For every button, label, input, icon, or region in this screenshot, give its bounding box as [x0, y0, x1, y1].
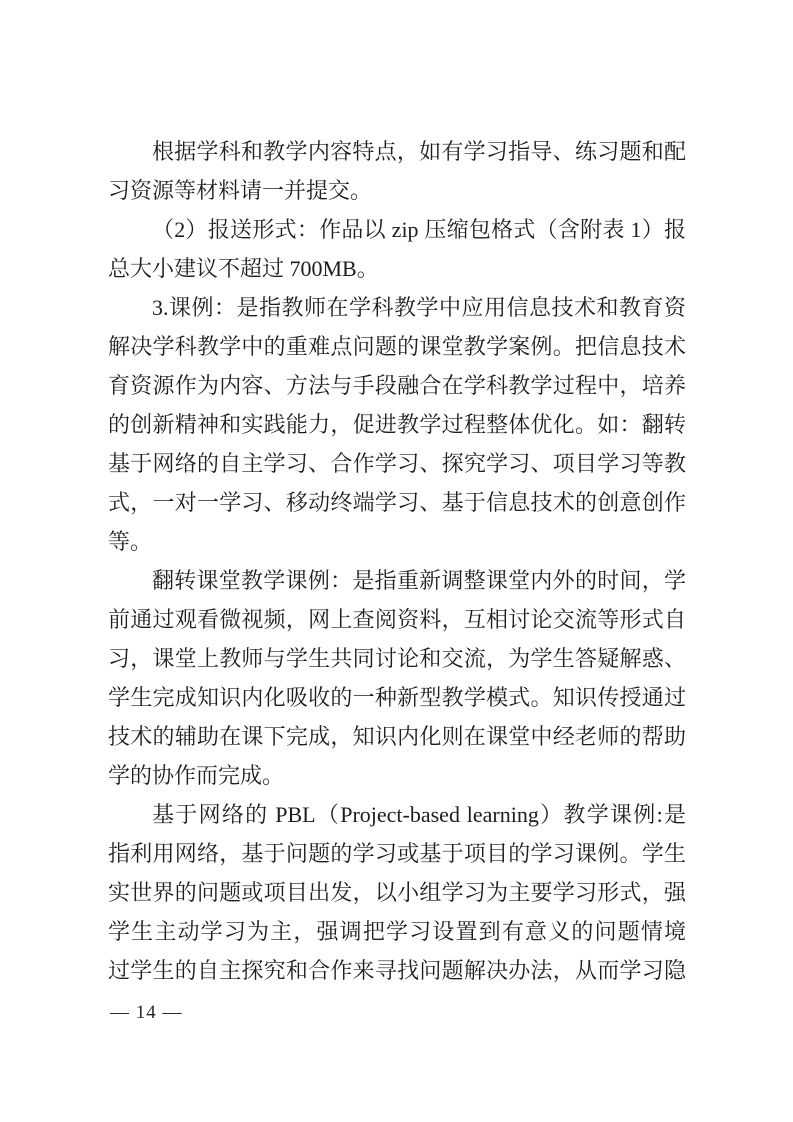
text-line: 翻转课堂教学课例：是指重新调整课堂内外的时间，学生课 — [108, 561, 686, 600]
text-line: 技术的辅助在课下完成，知识内化则在课堂中经老师的帮助与同 — [108, 717, 686, 756]
text-line: 基于网络的自主学习、合作学习、探究学习、项目学习等教学方 — [108, 444, 686, 483]
text-line: 指利用网络，基于问题的学习或基于项目的学习课例。学生从真 — [108, 834, 686, 873]
text-line: 习资源等材料请一并提交。 — [108, 171, 686, 210]
text-line: 学生主动学习为主，强调把学习设置到有意义的问题情境中，通 — [108, 912, 686, 951]
text-line: 实世界的问题或项目出发，以小组学习为主要学习形式，强调以 — [108, 873, 686, 912]
text-line: 总大小建议不超过 700MB。 — [108, 249, 686, 288]
text-line: 学的协作而完成。 — [108, 756, 686, 795]
text-line: 根据学科和教学内容特点，如有学习指导、练习题和配套学 — [108, 132, 686, 171]
text-line: 解决学科教学中的重难点问题的课堂教学案例。把信息技术和教 — [108, 327, 686, 366]
text-line: 的创新精神和实践能力，促进教学过程整体优化。如：翻转课堂、 — [108, 405, 686, 444]
text-line: 等。 — [108, 522, 686, 561]
text-line: 育资源作为内容、方法与手段融合在学科教学过程中，培养学生 — [108, 366, 686, 405]
text-line: 过学生的自主探究和合作来寻找问题解决办法，从而学习隐含在 — [108, 951, 686, 990]
document-page: 根据学科和教学内容特点，如有学习指导、练习题和配套学 习资源等材料请一并提交。 … — [0, 0, 793, 1122]
body-text-block: 根据学科和教学内容特点，如有学习指导、练习题和配套学 习资源等材料请一并提交。 … — [108, 132, 686, 990]
text-line: 习，课堂上教师与学生共同讨论和交流，为学生答疑解惑、帮助 — [108, 639, 686, 678]
text-line: 学生完成知识内化吸收的一种新型教学模式。知识传授通过信息 — [108, 678, 686, 717]
page-number: — 14 — — [110, 999, 183, 1027]
text-line: 基于网络的 PBL（Project-based learning）教学课例:是 — [108, 795, 686, 834]
text-line: 3.课例：是指教师在学科教学中应用信息技术和教育资源， — [108, 288, 686, 327]
text-line: 式，一对一学习、移动终端学习、基于信息技术的创意创作教学 — [108, 483, 686, 522]
text-line: （2）报送形式：作品以 zip 压缩包格式（含附表 1）报送， — [108, 210, 686, 249]
text-line: 前通过观看微视频，网上查阅资料，互相讨论交流等形式自主学 — [108, 600, 686, 639]
